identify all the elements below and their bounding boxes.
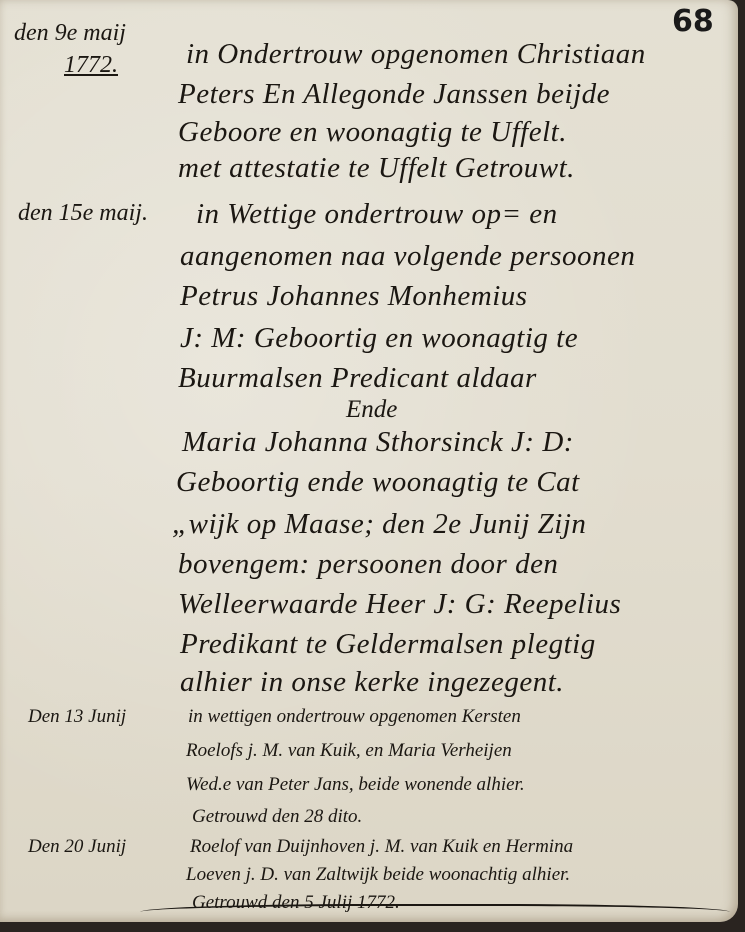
entry-line: in Wettige ondertrouw op= en <box>196 198 558 231</box>
entry-line: Geboore en woonagtig te Uffelt. <box>178 116 567 149</box>
entry-line: Peters En Allegonde Janssen beijde <box>178 78 610 111</box>
entry-line: Loeven j. D. van Zaltwijk beide woonacht… <box>186 864 570 886</box>
entry-line: Welleerwaarde Heer J: G: Reepelius <box>178 588 621 621</box>
entry-line: Roelof van Duijnhoven j. M. van Kuik en … <box>190 836 573 858</box>
entry-line: Maria Johanna Sthorsinck J: D: <box>182 426 574 459</box>
entry-line: Predikant te Geldermalsen plegtig <box>180 628 596 661</box>
entry-line: aangenomen naa volgende persoonen <box>180 240 635 273</box>
entry-line: Getrouwd den 28 dito. <box>192 806 362 828</box>
entry-line: in Ondertrouw opgenomen Christiaan <box>186 38 646 71</box>
entry-line: alhier in onse kerke ingezegent. <box>180 666 564 699</box>
entry-line: in wettigen ondertrouw opgenomen Kersten <box>188 706 521 728</box>
margin-date: Den 13 Junij <box>28 706 126 728</box>
entry-line: J: M: Geboortig en woonagtig te <box>180 322 578 355</box>
entry-line: Buurmalsen Predicant aldaar <box>178 362 537 395</box>
closing-flourish <box>140 904 730 924</box>
entry-line: Ende <box>346 396 397 424</box>
entry-line: „wijk op Maase; den 2e Junij Zijn <box>172 508 586 541</box>
bleed-through-text <box>20 280 160 700</box>
margin-date: den 9e maij <box>14 20 126 47</box>
entry-line: Petrus Johannes Monhemius <box>180 280 528 313</box>
entry-line: bovengem: persoonen door den <box>178 548 558 581</box>
entry-line: Wed.e van Peter Jans, beide wonende alhi… <box>186 774 525 796</box>
margin-date: Den 20 Junij <box>28 836 126 858</box>
entry-line: Roelofs j. M. van Kuik, en Maria Verheij… <box>186 740 512 762</box>
manuscript-page: 68 den 9e maij 1772. in Ondertrouw opgen… <box>0 0 738 922</box>
entry-line: Geboortig ende woonagtig te Cat <box>176 466 580 499</box>
margin-year: 1772. <box>64 52 118 79</box>
entry-line: met attestatie te Uffelt Getrouwt. <box>178 152 575 185</box>
page-number: 68 <box>672 4 714 39</box>
margin-date: den 15e maij. <box>18 200 148 227</box>
